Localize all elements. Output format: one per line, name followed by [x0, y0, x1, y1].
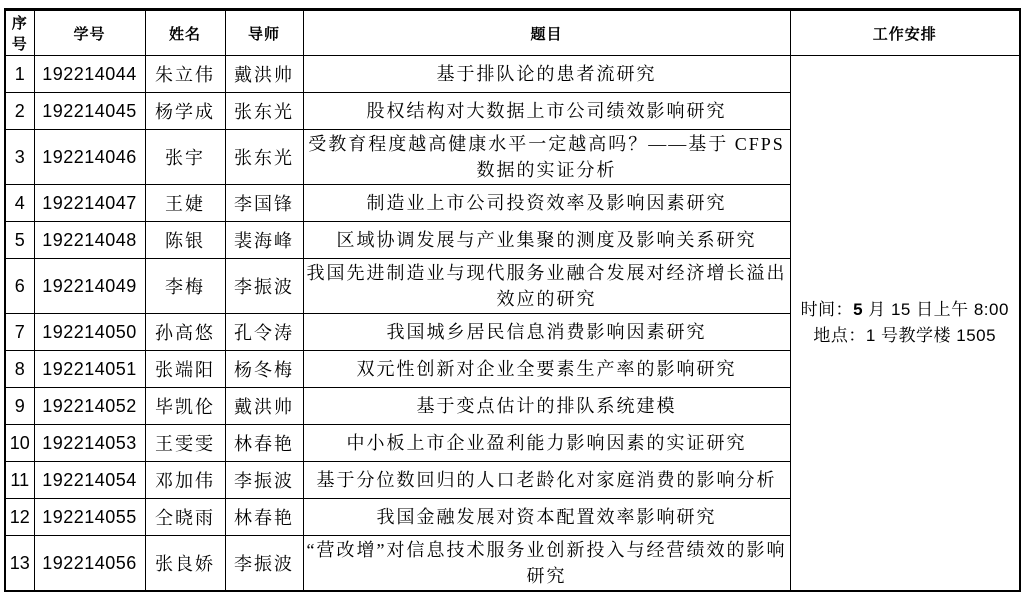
student-name-cell: 孙高悠: [145, 314, 225, 351]
row-number-cell: 12: [5, 499, 34, 536]
schedule-location: 地点：1 号教学楼 1505: [793, 323, 1018, 349]
student-name-cell: 王雯雯: [145, 425, 225, 462]
thesis-title-cell: 我国城乡居民信息消费影响因素研究: [303, 314, 790, 351]
student-name-cell: 张宇: [145, 130, 225, 185]
thesis-title-cell: 我国金融发展对资本配置效率影响研究: [303, 499, 790, 536]
student-name-cell: 邓加伟: [145, 462, 225, 499]
row-number-cell: 4: [5, 185, 34, 222]
table-row: 1 192214044 朱立伟 戴洪帅 基于排队论的患者流研究 时间：5 月 1…: [5, 56, 1020, 93]
student-id-cell: 192214050: [34, 314, 145, 351]
row-number-cell: 10: [5, 425, 34, 462]
schedule-time: 时间：5 月 15 日上午 8:00: [793, 297, 1018, 323]
row-number-cell: 5: [5, 222, 34, 259]
header-advisor: 导师: [225, 10, 303, 56]
student-id-cell: 192214049: [34, 259, 145, 314]
student-id-cell: 192214051: [34, 351, 145, 388]
advisor-cell: 裴海峰: [225, 222, 303, 259]
advisor-cell: 李振波: [225, 259, 303, 314]
advisor-cell: 林春艳: [225, 425, 303, 462]
thesis-defense-schedule-table: 序号 学号 姓名 导师 题目 工作安排 1 192214044 朱立伟 戴洪帅 …: [4, 8, 1021, 592]
header-student-id: 学号: [34, 10, 145, 56]
row-number-cell: 7: [5, 314, 34, 351]
student-id-cell: 192214045: [34, 93, 145, 130]
thesis-title-cell: 基于分位数回归的人口老龄化对家庭消费的影响分析: [303, 462, 790, 499]
advisor-cell: 李国锋: [225, 185, 303, 222]
header-title: 题目: [303, 10, 790, 56]
header-name: 姓名: [145, 10, 225, 56]
row-number-cell: 1: [5, 56, 34, 93]
row-number-cell: 6: [5, 259, 34, 314]
thesis-title-cell: 受教育程度越高健康水平一定越高吗？——基于 CFPS 数据的实证分析: [303, 130, 790, 185]
student-name-cell: 张良娇: [145, 536, 225, 592]
thesis-title-cell: 区域协调发展与产业集聚的测度及影响关系研究: [303, 222, 790, 259]
row-number-cell: 11: [5, 462, 34, 499]
thesis-title-cell: 中小板上市企业盈利能力影响因素的实证研究: [303, 425, 790, 462]
student-name-cell: 仝晓雨: [145, 499, 225, 536]
advisor-cell: 张东光: [225, 130, 303, 185]
student-id-cell: 192214047: [34, 185, 145, 222]
advisor-cell: 张东光: [225, 93, 303, 130]
student-name-cell: 张端阳: [145, 351, 225, 388]
student-id-cell: 192214046: [34, 130, 145, 185]
header-serial: 序号: [5, 10, 34, 56]
advisor-cell: 林春艳: [225, 499, 303, 536]
schedule-time-rest: 月 15 日上午 8:00: [863, 300, 1009, 319]
header-work-arrangement: 工作安排: [790, 10, 1020, 56]
row-number-cell: 13: [5, 536, 34, 592]
student-name-cell: 王婕: [145, 185, 225, 222]
advisor-cell: 李振波: [225, 536, 303, 592]
header-row: 序号 学号 姓名 导师 题目 工作安排: [5, 10, 1020, 56]
advisor-cell: 戴洪帅: [225, 56, 303, 93]
thesis-title-cell: 我国先进制造业与现代服务业融合发展对经济增长溢出效应的研究: [303, 259, 790, 314]
row-number-cell: 9: [5, 388, 34, 425]
advisor-cell: 戴洪帅: [225, 388, 303, 425]
thesis-title-cell: 基于变点估计的排队系统建模: [303, 388, 790, 425]
student-id-cell: 192214055: [34, 499, 145, 536]
student-id-cell: 192214044: [34, 56, 145, 93]
student-id-cell: 192214052: [34, 388, 145, 425]
schedule-time-month-number: 5: [853, 300, 863, 319]
row-number-cell: 3: [5, 130, 34, 185]
student-id-cell: 192214056: [34, 536, 145, 592]
thesis-title-cell: 股权结构对大数据上市公司绩效影响研究: [303, 93, 790, 130]
student-id-cell: 192214054: [34, 462, 145, 499]
student-name-cell: 毕凯伦: [145, 388, 225, 425]
thesis-title-cell: “营改增”对信息技术服务业创新投入与经营绩效的影响研究: [303, 536, 790, 592]
thesis-title-cell: 双元性创新对企业全要素生产率的影响研究: [303, 351, 790, 388]
schedule-time-label: 时间：: [801, 300, 854, 319]
row-number-cell: 8: [5, 351, 34, 388]
advisor-cell: 孔令涛: [225, 314, 303, 351]
thesis-title-cell: 制造业上市公司投资效率及影响因素研究: [303, 185, 790, 222]
student-id-cell: 192214053: [34, 425, 145, 462]
thesis-title-cell: 基于排队论的患者流研究: [303, 56, 790, 93]
advisor-cell: 李振波: [225, 462, 303, 499]
advisor-cell: 杨冬梅: [225, 351, 303, 388]
student-id-cell: 192214048: [34, 222, 145, 259]
row-number-cell: 2: [5, 93, 34, 130]
student-name-cell: 杨学成: [145, 93, 225, 130]
work-arrangement-cell: 时间：5 月 15 日上午 8:00 地点：1 号教学楼 1505: [790, 56, 1020, 592]
student-name-cell: 陈银: [145, 222, 225, 259]
student-name-cell: 李梅: [145, 259, 225, 314]
student-name-cell: 朱立伟: [145, 56, 225, 93]
